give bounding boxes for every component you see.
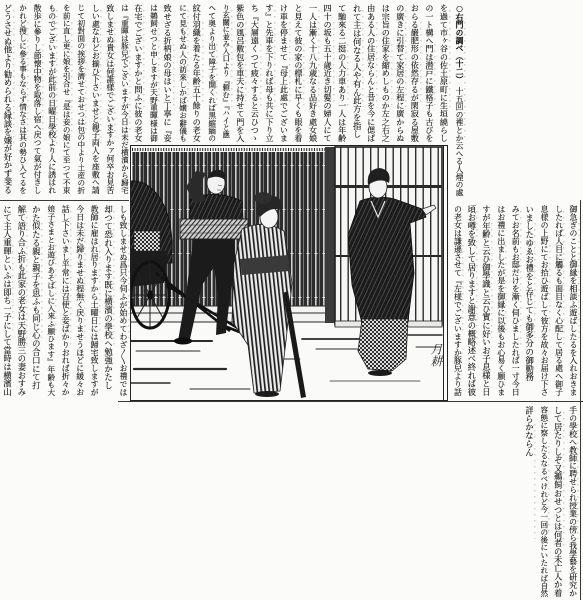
text-column: 一人は漸く十八九歳なる品好き處女娘 [306, 4, 321, 143]
text-column: じて初對面の挨拶を濟せておせつは包の中より土産の折 [73, 4, 88, 195]
text-column: 御急ぎのことと御縁を相談ふ遊ばしたるを入れおきま [566, 205, 580, 397]
text-column: いましたゆゑお禮をと存じても御多分の御勤務 [522, 205, 536, 397]
text-column: みてお名前もお邸だけを漸く伺ひましたれば一寸今日 [508, 205, 522, 397]
text-column: にて主人重暉といふは即ち一子にして當時は横濱山 [0, 205, 14, 397]
text-column: 致しませぬ貴女は何誰様でございますかァ何卒お見苦 [102, 4, 117, 195]
text-column: の老女は謙遜させて『左様でございますか豚兒より話 [450, 205, 464, 397]
text-column: したれば人目に觸るも面目なく心配して居る處へ御子 [551, 205, 565, 397]
text-column: け車を停ませて『母上此處でございま [277, 4, 292, 143]
text-column: は宗旨の住家を縮めしものか左之右之 [379, 4, 394, 143]
furoshiki-package [180, 219, 248, 239]
text-column: 却つて恐れ入ります既に横濱の學校へ勉強かたし [101, 205, 115, 397]
text-column: 息様の上野にてお拾ひ遊ばして彼方を故々お届け下さ [537, 205, 551, 397]
text-column: ち『大層遠くつて疲々すると云ひつゝ [248, 4, 263, 143]
text-column: かた似たる親と親子を思ふも同じ心の合口にて打 [29, 205, 43, 397]
text-column: 散歩に參りし節懐中物を取落し宿へ戻つて氣が付きし [30, 4, 45, 195]
article-title: ○右門の調べ（十二） [455, 4, 464, 79]
text-column: 解て語り合ふ折も此家の老女は天野勝三の妻おすみ [15, 205, 29, 397]
text-column: 教師に雇はれ居りますから土曜日には歸宅致しますが [87, 205, 101, 397]
text-column: へて奥より出て障子を開くれば黒縮緬の [204, 4, 219, 143]
text-column: を前に直し更に娘を引合せ『是は妾の娘にて至つて不束 [59, 4, 74, 195]
text-column: 今日は未だ歸りませぬ程無く戻りませうほどに緩々お [72, 205, 86, 397]
text-column: の一ト構へ門は潜戸に鐵格子も古びを [422, 4, 437, 143]
text-column: はお禮に出ましたが是を御縁に以後もお心易く願ひま [493, 205, 507, 397]
text-column: 話し下さいまし平常には召使と妾ばかりおれば折々か [58, 205, 72, 397]
artist-signature: 月耕 [428, 343, 443, 367]
text-column: ものでございますが此前の日曜日學校より人に誘はれ [44, 4, 59, 195]
text-column: 容態に察したるなるべけれど今一回の後にいたれば自然 [536, 406, 550, 598]
text-column: すが年齢と云ひ御學識と云ひ實に好いお子息様と日 [479, 205, 493, 397]
text-column-segment: 十五回の裡とか云へる人煙の處 [455, 79, 464, 196]
text-column: しも致しませぬ爲只今伺ふが始めてわざ〳〵お禮では [116, 205, 130, 397]
text-column: にて見もせぬ人の訪來しかば嬢お辭儀も [175, 4, 190, 143]
text-column: して居たりしぞ又鵜飼おせつとは何者の未亡人か着 [551, 406, 565, 598]
text-column: 詳らかならん [522, 406, 536, 598]
text-column: 手の學校へ教師に聘せられ授業の傍ら我學藝を研究か [565, 406, 579, 598]
text-column: しい處なれどお揃ひ下さいませと親子両人を座敷へ請 [88, 4, 103, 195]
gate-post [325, 147, 335, 323]
text-column: を過て市ヶ谷の佐土原町に生垣繞らし [437, 4, 452, 143]
text-column: 由ある人の住居ならんと昔を今に偲ば [364, 4, 379, 143]
page-edge-rule [580, 200, 581, 600]
text-column: 紫色の風呂敷包を車夫に持せて門を入 [233, 4, 248, 143]
text-column: は鵜飼せつと申しますが天野重暉様は御 [146, 4, 161, 143]
text-column: と見えて彼の家の標札に早くも眼を着 [291, 4, 306, 143]
text-column: おらる嚴肥形の依然存るが閑寂る屋敷 [408, 4, 423, 143]
text-column: 頃お噂を致して居りますと謝意の概略述べ終れば彼 [465, 205, 479, 397]
text-column: 在宅でございますかと問ふに彼の老女 [131, 4, 146, 143]
text-column: かれど搜しに參る事もならず情なさは其の勢ひ入てるを [15, 4, 30, 195]
article-bottom-tier: 手の學校へ教師に聘せられ授業の傍ら我學藝を研究か して居たりしぞ又鵜飼おせつとは… [522, 406, 580, 598]
text-column: どうさせぬ他より勧められる縁談を嬢が好かず斐る [1, 4, 16, 195]
text-column: て馳來る二挺の人力車あり一人は年齢 [335, 4, 350, 143]
title-column: ○右門の調べ（十二） 十五回の裡とか云へる人煙の處 [451, 4, 466, 200]
article-middle-right-block: 御急ぎのことと御縁を相談ふ遊ばしたるを入れおきま したれば人目に觸るも面目なく心… [450, 205, 580, 397]
text-column: り玄關に並み入口より『頼む』『ハイと應 [219, 4, 234, 143]
text-column: 致せざる折柄娘の母はいと丁寧に『妾 [161, 4, 176, 143]
text-column: 紋付羽織を着たる年齢五十餘りの老女 [190, 4, 205, 143]
text-column: れて主は何なる人や有ん此方を指し [350, 4, 365, 143]
tier-divider [118, 401, 583, 402]
text-column: 娘子さまとお遊びあそばしに入來ふ願ひます』年齢も大 [43, 205, 57, 397]
illustration: 月耕 [130, 145, 448, 401]
newspaper-page: ○右門の調べ（十二） 十五回の裡とか云へる人煙の處 を過て市ヶ谷の佐土原町に生垣… [0, 0, 583, 600]
text-column: の廣きに引替て家居の左程に廣からぬ [393, 4, 408, 143]
tier-divider [0, 200, 129, 201]
article-middle-left-block: しも致しませぬ爲只今伺ふが始めてわざ〳〵お禮では 却つて恐れ入ります既に横濱の學… [0, 205, 130, 397]
text-column: す』と先車を下りれば母も共に下り立 [262, 4, 277, 143]
text-column: 四十の坂も五十歳近き切髪の婦人にて [321, 4, 336, 143]
